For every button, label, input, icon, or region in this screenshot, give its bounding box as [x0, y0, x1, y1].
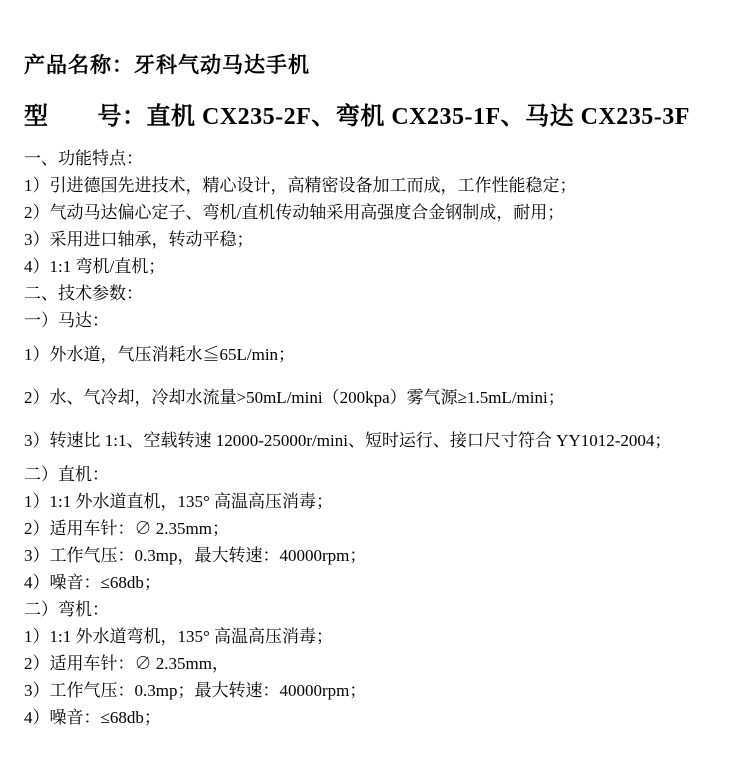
- feature-item: 2）气动马达偏心定子、弯机/直机传动轴采用高强度合金钢制成，耐用；: [24, 199, 740, 226]
- feature-item: 3）采用进口轴承，转动平稳；: [24, 226, 740, 253]
- features-heading: 一、功能特点：: [24, 145, 740, 172]
- straight-handpiece-spec-item: 4）噪音：≤68db；: [24, 569, 740, 596]
- straight-handpiece-subheading: 二）直机：: [24, 461, 740, 488]
- contra-angle-subheading: 二）弯机：: [24, 596, 740, 623]
- motor-spec-item: 2）水、气冷却，冷却水流量>50mL/mini（200kpa）雾气源≥1.5mL…: [24, 384, 740, 411]
- model-number-line: 型 号：直机 CX235-2F、弯机 CX235-1F、马达 CX235-3F: [24, 101, 740, 133]
- contra-angle-spec-item: 1）1:1 外水道弯机，135° 高温高压消毒；: [24, 623, 740, 650]
- motor-spec-item: 1）外水道，气压消耗水≦65L/min；: [24, 341, 740, 368]
- straight-handpiece-spec-item: 1）1:1 外水道直机，135° 高温高压消毒；: [24, 488, 740, 515]
- contra-angle-spec-item: 4）噪音：≤68db；: [24, 704, 740, 731]
- motor-spec-item: 3）转速比 1:1、空载转速 12000-25000r/mini、短时运行、接口…: [24, 427, 740, 454]
- document-page: 产品名称：牙科气动马达手机 型 号：直机 CX235-2F、弯机 CX235-1…: [0, 0, 750, 781]
- motor-subheading: 一）马达：: [24, 307, 740, 334]
- contra-angle-spec-item: 2）适用车针：∅ 2.35mm，: [24, 650, 740, 677]
- feature-item: 1）引进德国先进技术，精心设计，高精密设备加工而成，工作性能稳定；: [24, 172, 740, 199]
- tech-params-heading: 二、技术参数：: [24, 280, 740, 307]
- document-body: 一、功能特点： 1）引进德国先进技术，精心设计，高精密设备加工而成，工作性能稳定…: [24, 145, 740, 731]
- feature-item: 4）1:1 弯机/直机；: [24, 253, 740, 280]
- contra-angle-spec-item: 3）工作气压：0.3mp；最大转速：40000rpm；: [24, 677, 740, 704]
- product-name-line: 产品名称：牙科气动马达手机: [24, 0, 740, 79]
- straight-handpiece-spec-item: 2）适用车针：∅ 2.35mm；: [24, 515, 740, 542]
- straight-handpiece-spec-item: 3）工作气压：0.3mp，最大转速：40000rpm；: [24, 542, 740, 569]
